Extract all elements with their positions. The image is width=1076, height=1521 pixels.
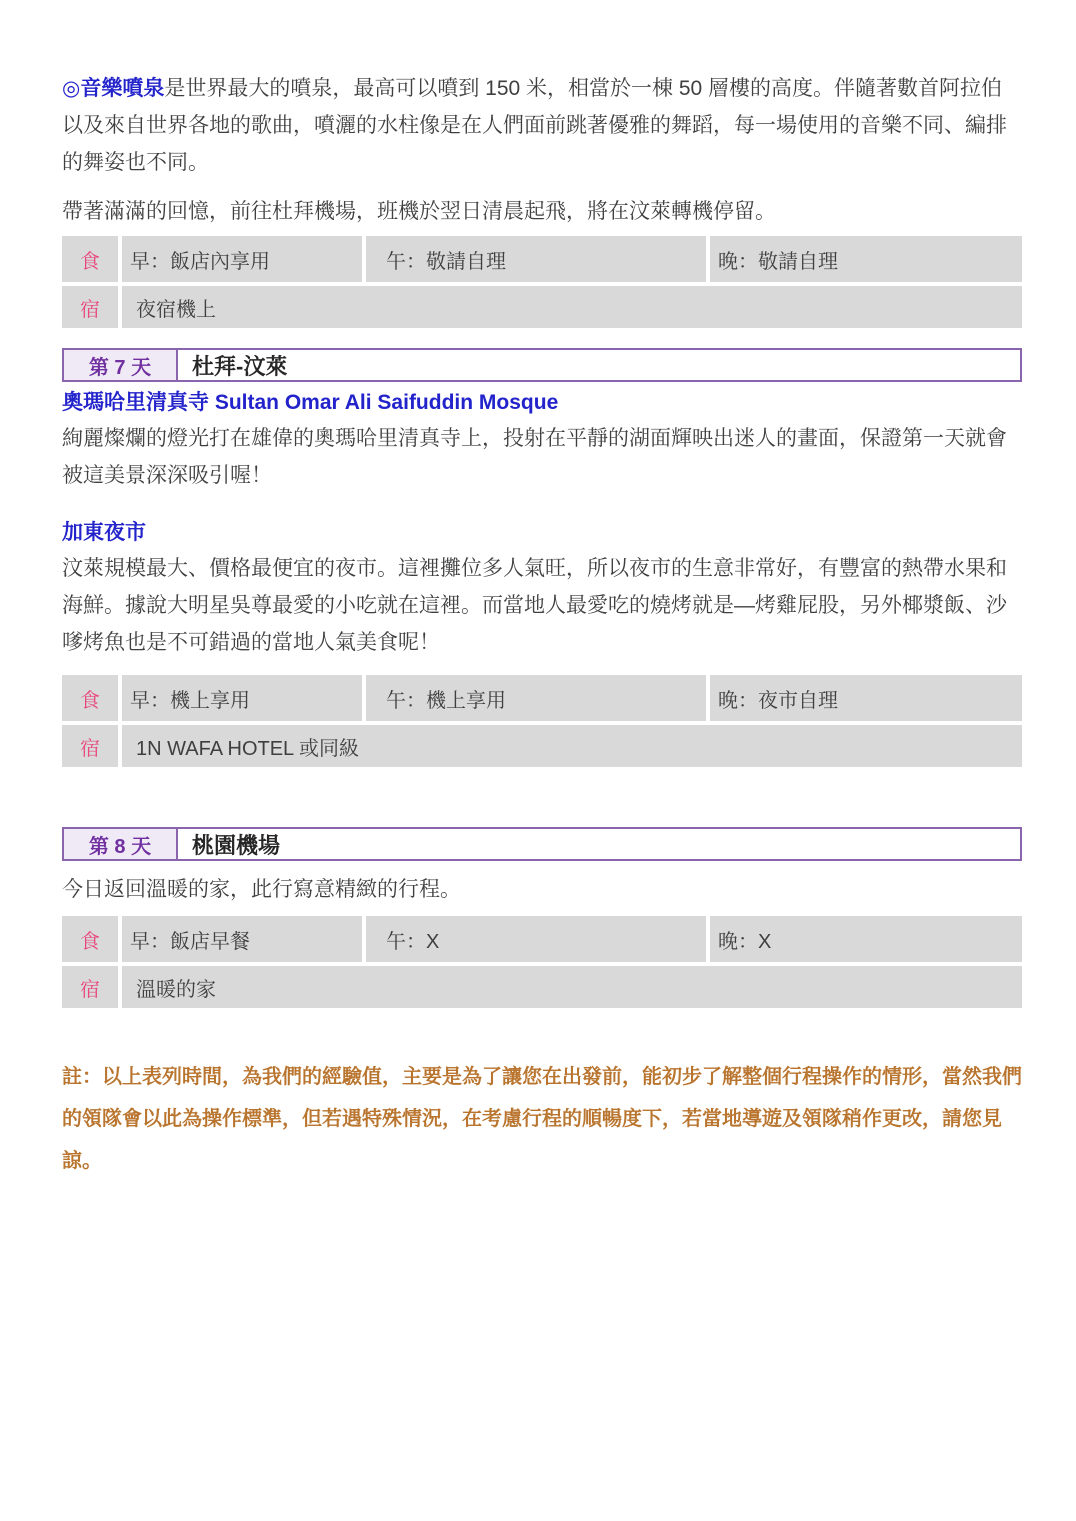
- mosque-heading: 奧瑪哈里清真寺 Sultan Omar Ali Saifuddin Mosque: [62, 390, 1022, 416]
- stay-label: 宿: [62, 725, 118, 767]
- mosque-paragraph: 絢麗燦爛的燈光打在雄偉的奧瑪哈里清真寺上，投射在平靜的湖面輝映出迷人的畫面，保證…: [62, 420, 1022, 494]
- day7-title: 杜拜-汶萊: [178, 350, 1020, 380]
- lunch-cell: 午：機上享用: [366, 675, 706, 721]
- meal-table-dubai: 食 早：飯店內享用 午：敬請自理 晚：敬請自理 宿 夜宿機上: [62, 236, 1022, 328]
- day7-label: 第 7 天: [64, 350, 178, 380]
- stay-label: 宿: [62, 286, 118, 328]
- stay-row: 宿 溫暖的家: [62, 966, 1022, 1008]
- meal-row: 食 早：飯店早餐 午：X 晚：X: [62, 916, 1022, 962]
- stay-cell: 溫暖的家: [122, 966, 1022, 1008]
- meal-table-brunei: 食 早：機上享用 午：機上享用 晚：夜市自理 宿 1N WAFA HOTEL 或…: [62, 675, 1022, 767]
- stay-row: 宿 夜宿機上: [62, 286, 1022, 328]
- return-home-paragraph: 今日返回溫暖的家，此行寫意精緻的行程。: [62, 871, 1022, 908]
- stay-label: 宿: [62, 966, 118, 1008]
- day8-title: 桃園機場: [178, 829, 1020, 859]
- meal-row: 食 早：機上享用 午：機上享用 晚：夜市自理: [62, 675, 1022, 721]
- meal-label: 食: [62, 236, 118, 282]
- fountain-text: 是世界最大的噴泉，最高可以噴到 150 米，相當於一棟 50 層樓的高度。伴隨著…: [62, 77, 1007, 174]
- stay-row: 宿 1N WAFA HOTEL 或同級: [62, 725, 1022, 767]
- day8-label: 第 8 天: [64, 829, 178, 859]
- itinerary-page: ◎音樂噴泉是世界最大的噴泉，最高可以噴到 150 米，相當於一棟 50 層樓的高…: [62, 0, 1022, 1202]
- transfer-paragraph: 帶著滿滿的回憶，前往杜拜機場，班機於翌日清晨起飛，將在汶萊轉機停留。: [62, 193, 1022, 230]
- gadong-night-market-paragraph: 汶萊規模最大、價格最便宜的夜市。這裡攤位多人氣旺，所以夜市的生意非常好，有豐富的…: [62, 550, 1022, 661]
- breakfast-cell: 早：飯店內享用: [122, 236, 362, 282]
- stay-cell: 1N WAFA HOTEL 或同級: [122, 725, 1022, 767]
- fountain-heading: 音樂噴泉: [80, 77, 164, 100]
- meal-row: 食 早：飯店內享用 午：敬請自理 晚：敬請自理: [62, 236, 1022, 282]
- fountain-paragraph: ◎音樂噴泉是世界最大的噴泉，最高可以噴到 150 米，相當於一棟 50 層樓的高…: [62, 70, 1022, 181]
- meal-label: 食: [62, 675, 118, 721]
- day8-header: 第 8 天 桃園機場: [62, 827, 1022, 861]
- gadong-night-market-heading: 加東夜市: [62, 520, 1022, 546]
- lunch-cell: 午：敬請自理: [366, 236, 706, 282]
- lunch-cell: 午：X: [366, 916, 706, 962]
- note-paragraph: 註：以上表列時間，為我們的經驗值，主要是為了讓您在出發前，能初步了解整個行程操作…: [62, 1056, 1022, 1182]
- dinner-cell: 晚：X: [710, 916, 1022, 962]
- day7-header: 第 7 天 杜拜-汶萊: [62, 348, 1022, 382]
- meal-table-home: 食 早：飯店早餐 午：X 晚：X 宿 溫暖的家: [62, 916, 1022, 1008]
- breakfast-cell: 早：機上享用: [122, 675, 362, 721]
- meal-label: 食: [62, 916, 118, 962]
- circle-bullet-icon: ◎: [62, 77, 80, 100]
- dinner-cell: 晚：敬請自理: [710, 236, 1022, 282]
- dinner-cell: 晚：夜市自理: [710, 675, 1022, 721]
- stay-cell: 夜宿機上: [122, 286, 1022, 328]
- breakfast-cell: 早：飯店早餐: [122, 916, 362, 962]
